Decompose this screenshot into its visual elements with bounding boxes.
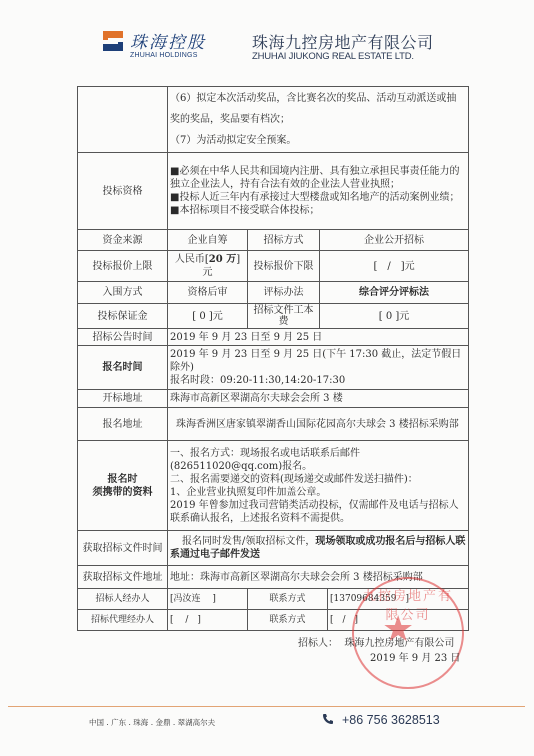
- logo-chinese-text: 珠海控股: [130, 28, 206, 53]
- fund-source-label: 资金来源: [78, 230, 168, 251]
- phone-icon: [322, 713, 334, 725]
- deposit-label: 投标保证金: [78, 304, 168, 329]
- materials-label-line1: 报名时: [80, 473, 165, 486]
- proxy-agent-label: 招标代理经办人: [78, 610, 168, 631]
- evaluation-method-value: 综合评分评标法: [320, 282, 469, 304]
- bid-lower-limit-label: 投标报价下限: [248, 251, 320, 282]
- evaluation-method-label: 评标办法: [248, 282, 320, 304]
- doc-time-normal-text: 报名同时发售/领取招标文件，: [170, 536, 315, 547]
- signature-line: 招标人： 珠海九控房地产有限公司: [298, 634, 454, 649]
- table-row-deposit: 投标保证金 [ 0 ]元 招标文件工本费 [ 0 ]元: [78, 304, 469, 329]
- footer-address: 中国 . 广东 . 珠海 . 金鼎 . 翠湖高尔夫: [89, 717, 215, 728]
- open-address-value: 珠海市高新区翠湖高尔夫球会会所 3 楼: [168, 390, 469, 408]
- agent-label: 招标人经办人: [78, 589, 168, 610]
- table-row-materials: 报名时 须携带的资料 一、报名方式：现场报名或电话联系后邮件(826511020…: [78, 441, 469, 531]
- announce-time-value: 2019 年 9 月 23 日至 9 月 25 日: [168, 329, 469, 346]
- qualification-item: ■必须在中华人民共和国境内注册、具有独立承担民事责任能力的独立企业法人，持有合法…: [170, 165, 466, 191]
- materials-label: 报名时 须携带的资料: [78, 441, 168, 531]
- document-fee-label: 招标文件工本费: [248, 304, 320, 329]
- tender-info-table: （6）拟定本次活动奖品，含比赛名次的奖品、活动互动派送或抽奖的奖品，奖品要有档次…: [77, 86, 469, 631]
- table-row-activity-items: （6）拟定本次活动奖品，含比赛名次的奖品、活动互动派送或抽奖的奖品，奖品要有档次…: [78, 87, 469, 153]
- register-method: 一、报名方式：现场报名或电话联系后邮件(826511020@qq.com)报名。: [170, 447, 466, 473]
- table-row-qualification: 投标资格 ■必须在中华人民共和国境内注册、具有独立承担民事责任能力的独立企业法人…: [78, 153, 469, 230]
- signature-date: 2019 年 9 月 23 日: [370, 649, 460, 664]
- company-name-chinese: 珠海九控房地产有限公司: [252, 30, 434, 53]
- footer-phone-number: +86 756 3628513: [342, 713, 440, 727]
- proxy-contact-label: 联系方式: [248, 610, 328, 631]
- shortlist-method-label: 入围方式: [78, 282, 168, 304]
- register-address-value: 珠海香洲区唐家镇翠湖香山国际花园高尔夫球会 3 楼招标采购部: [168, 408, 469, 441]
- returning-bidder-note: 2019 年曾参加过我司营销类活动投标，仅需邮件及电话与招标人联系确认报名，上述…: [170, 499, 466, 525]
- bid-upper-prefix: 人民币[: [175, 254, 209, 265]
- business-license-item: 1、企业营业执照复印件加盖公章。: [170, 486, 466, 499]
- table-row-register-address: 报名地址 珠海香洲区唐家镇翠湖香山国际花园高尔夫球会 3 楼招标采购部: [78, 408, 469, 441]
- letterhead: 珠海控股 ZHUHAI HOLDINGS 珠海九控房地产有限公司 ZHUHAI …: [0, 0, 534, 70]
- materials-label-line2: 须携带的资料: [80, 486, 165, 499]
- required-documents: 二、报名需要递交的资料(现场递交或邮件发送扫描件)：: [170, 473, 466, 486]
- doc-address-label: 获取招标文件地址: [78, 566, 168, 589]
- deposit-value: [ 0 ]元: [168, 304, 248, 329]
- bid-upper-limit-value: 人民币[20 万]元: [168, 251, 248, 282]
- table-row-register-time: 报名时间 2019 年 9 月 23 日至 9 月 25 日(下午 17:30 …: [78, 346, 469, 390]
- table-row-open-address: 开标地址 珠海市高新区翠湖高尔夫球会会所 3 楼: [78, 390, 469, 408]
- shortlist-method-value: 资格后审: [168, 282, 248, 304]
- bid-lower-limit-value: [ / ]元: [320, 251, 469, 282]
- zhuhai-holdings-logo-icon: [103, 31, 123, 51]
- register-time-label: 报名时间: [78, 346, 168, 390]
- empty-label-cell: [78, 87, 168, 153]
- qualification-item: ■投标人近三年内有承接过大型楼盘或知名地产的活动案例业绩；: [170, 191, 466, 204]
- document-fee-value: [ 0 ]元: [320, 304, 469, 329]
- table-row-announce-time: 招标公告时间 2019 年 9 月 23 日至 9 月 25 日: [78, 329, 469, 346]
- register-time-period: 2019 年 9 月 23 日至 9 月 25 日(下午 17:30 截止，法定…: [170, 348, 466, 374]
- fund-source-value: 企业自筹: [168, 230, 248, 251]
- register-address-label: 报名地址: [78, 408, 168, 441]
- doc-time-value: 报名同时发售/领取招标文件，现场领取或成功报名后与招标人联系通过电子邮件发送: [168, 531, 469, 566]
- activity-item-6: （6）拟定本次活动奖品，含比赛名次的奖品、活动互动派送或抽奖的奖品，奖品要有档次…: [170, 88, 466, 130]
- agent-value: [冯汝连 ]: [168, 589, 248, 610]
- company-name-english: ZHUHAI JIUKONG REAL ESTATE LTD.: [252, 51, 414, 62]
- signature-label: 招标人：: [298, 638, 338, 649]
- open-address-label: 开标地址: [78, 390, 168, 408]
- logo-english-text: ZHUHAI HOLDINGS: [130, 52, 198, 59]
- table-row-bid-limit: 投标报价上限 人民币[20 万]元 投标报价下限 [ / ]元: [78, 251, 469, 282]
- table-row-shortlist: 入围方式 资格后审 评标办法 综合评分评标法: [78, 282, 469, 304]
- proxy-agent-value: [ / ]: [168, 610, 248, 631]
- table-row-doc-time: 获取招标文件时间 报名同时发售/领取招标文件，现场领取或成功报名后与招标人联系通…: [78, 531, 469, 566]
- qualification-label: 投标资格: [78, 153, 168, 230]
- tender-method-value: 企业公开招标: [320, 230, 469, 251]
- qualification-item: ■本招标项目不接受联合体投标；: [170, 204, 466, 217]
- agent-contact-label: 联系方式: [248, 589, 328, 610]
- table-row-fund-source: 资金来源 企业自筹 招标方式 企业公开招标: [78, 230, 469, 251]
- footer-divider: [8, 706, 525, 707]
- announce-time-label: 招标公告时间: [78, 329, 168, 346]
- signature-company: 珠海九控房地产有限公司: [344, 638, 454, 649]
- bid-upper-amount: 20 万: [209, 254, 236, 265]
- doc-time-label: 获取招标文件时间: [78, 531, 168, 566]
- register-time-slots: 报名时段：09:20-11:30,14:20-17:30: [170, 374, 466, 387]
- bid-upper-limit-label: 投标报价上限: [78, 251, 168, 282]
- tender-method-label: 招标方式: [248, 230, 320, 251]
- activity-item-7: （7）为活动拟定安全预案。: [170, 130, 466, 151]
